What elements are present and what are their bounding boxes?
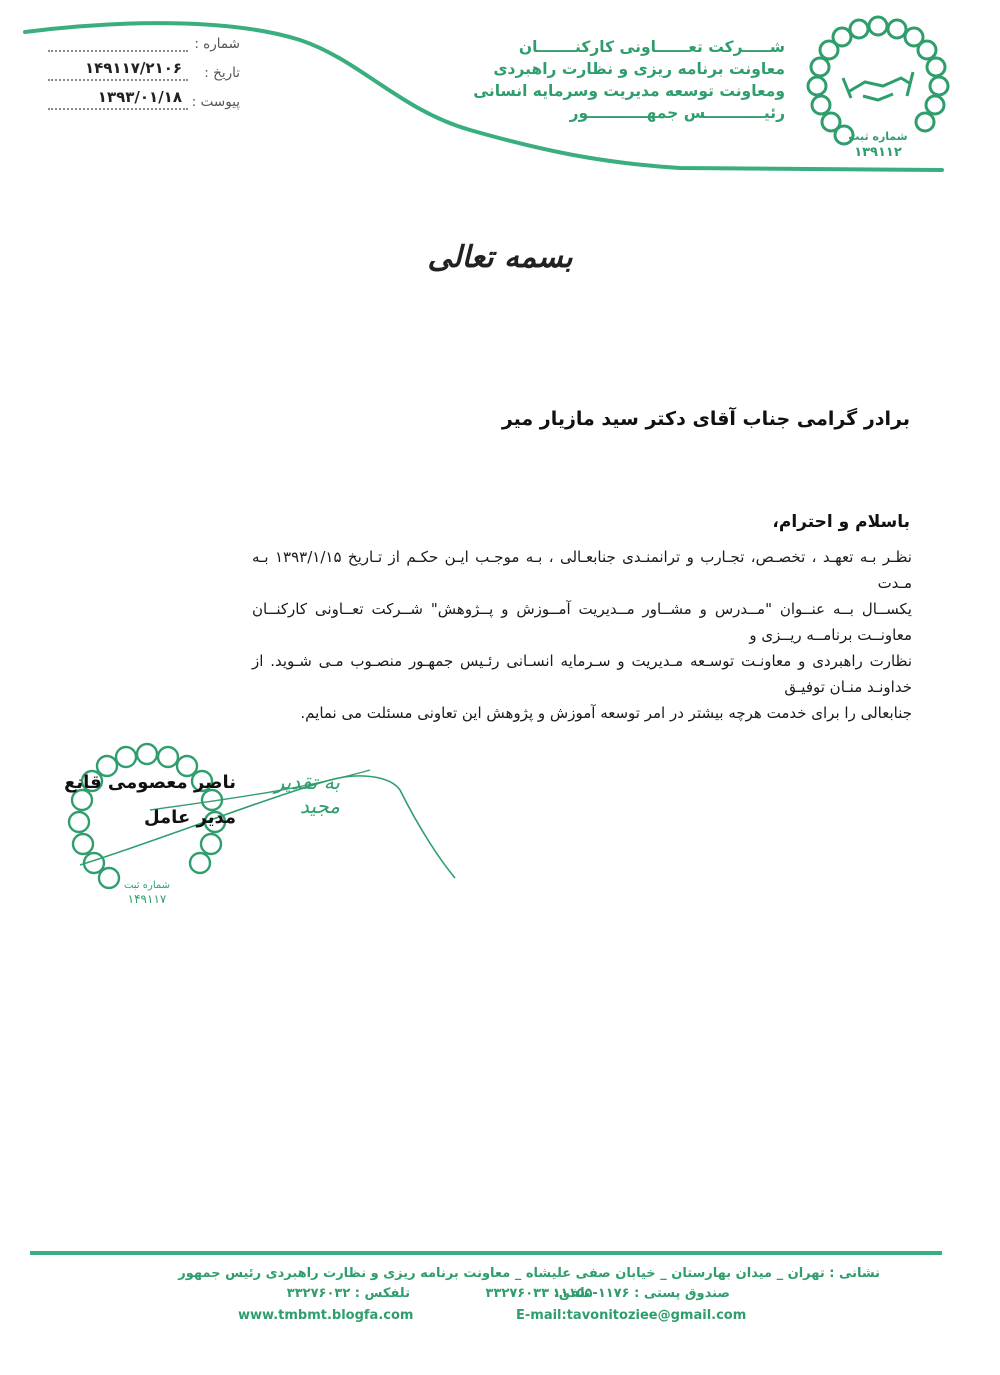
basmala-heading: بسمه تعالی <box>420 240 580 275</box>
date-label: تاریخ : <box>204 65 240 81</box>
svg-text:۱۴۹۱۱۷: ۱۴۹۱۱۷ <box>128 892 167 906</box>
handshake-icon <box>843 72 913 100</box>
attachment-dots <box>48 108 188 110</box>
attachment-label: پیوست : <box>192 94 240 110</box>
attachment-value: ۱۳۹۳/۰۱/۱۸ <box>98 88 182 106</box>
body-line: نظارت راهبردی و معاونـت توسـعه مـدیریت و… <box>252 648 912 700</box>
company-line: ومعاونت توسعه مدیریت وسرمایه انسانی <box>495 80 785 102</box>
company-line: رئیـــــــــــس جمهـــــــــــور <box>495 102 785 124</box>
signer-title: مدیر عامل <box>96 807 236 828</box>
body-line: یکســال بــه عنــوان "مــدرس و مشــاور م… <box>252 596 912 648</box>
svg-text:شماره ثبت: شماره ثبت <box>848 130 907 143</box>
greeting-line: باسلام و احترام، <box>610 512 910 532</box>
body-line: نظـر بـه تعهـد ، تخصـص، تجـارب و ترانمنـ… <box>252 544 912 596</box>
letter-meta-fields: شماره : تاریخ : ۱۴۹۱۱۷/۲۱۰۶ پیوست : ۱۳۹۳… <box>40 36 240 123</box>
footer-phone: تلفن: ۳۳۲۷۶۰۳۳ <box>486 1286 590 1301</box>
letter-body: نظـر بـه تعهـد ، تخصـص، تجـارب و ترانمنـ… <box>252 544 912 726</box>
company-name-block: شـــــرکت تعــــــاونی کارکنـــــــان مع… <box>495 36 785 124</box>
footer-fax: تلفکس : ۳۳۲۷۶۰۳۲ <box>287 1286 410 1301</box>
footer-address: نشانی : تهران _ میدان بهارستان _ خیابان … <box>178 1266 880 1281</box>
attachment-field: پیوست : ۱۳۹۳/۰۱/۱۸ <box>40 94 240 123</box>
company-logo-stamp: شماره ثبت ۱۳۹۱۱۲ <box>803 12 953 162</box>
number-dots <box>48 50 188 52</box>
signer-name: ناصر معصومی قانع <box>96 772 236 793</box>
company-line: شـــــرکت تعــــــاونی کارکنـــــــان <box>495 36 785 58</box>
svg-text:۱۳۹۱۱۲: ۱۳۹۱۱۲ <box>854 145 902 160</box>
body-line: جنابعالی را برای خدمت هرچه بیشتر در امر … <box>252 700 912 726</box>
svg-text:شماره ثبت: شماره ثبت <box>124 880 170 891</box>
number-label: شماره : <box>194 36 240 52</box>
footer-email-link[interactable]: E-mail:tavonitoziee@gmail.com <box>516 1308 746 1323</box>
date-dots <box>48 79 188 81</box>
date-value: ۱۴۹۱۱۷/۲۱۰۶ <box>85 59 182 77</box>
company-line: معاونت برنامه ریزی و نظارت راهبردی <box>495 58 785 80</box>
footer-website-link[interactable]: www.tmbmt.blogfa.com <box>238 1308 413 1323</box>
handwritten-signature: به تقدیر مجید <box>240 770 340 818</box>
signer-block: ناصر معصومی قانع مدیر عامل <box>96 772 236 842</box>
recipient-line: برادر گرامی جناب آقای دکتر سید مازیار می… <box>310 408 910 430</box>
